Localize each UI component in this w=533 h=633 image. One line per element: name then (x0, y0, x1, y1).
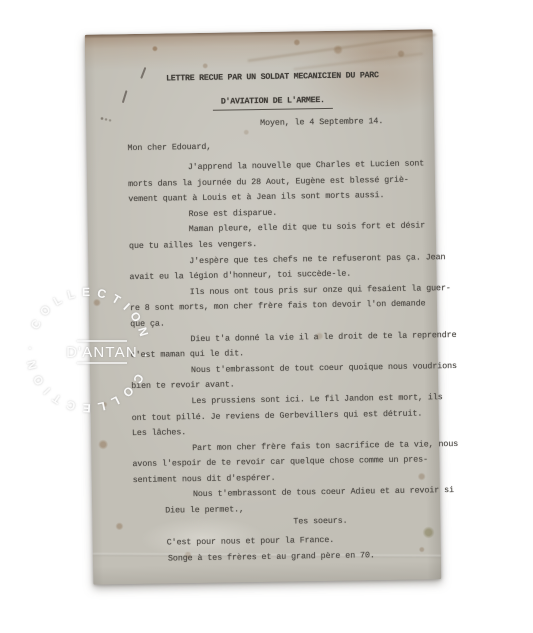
fold-crease (294, 53, 423, 71)
letter-body: J'apprend la nouvelle que Charles et Luc… (128, 156, 434, 567)
letter-dateline: Moyen, le 4 Septembre 14. (260, 116, 383, 128)
letter-salutation: Mon cher Edouard, (127, 142, 211, 153)
letter-header: LETTRE RECUE PAR UN SOLDAT MECANICIEN DU… (98, 69, 447, 112)
photo-scene: LETTRE RECUE PAR UN SOLDAT MECANICIEN DU… (0, 0, 533, 633)
letter-title-line2: D'AVIATION DE L'ARMEE. (213, 95, 333, 110)
fold-crease (248, 34, 436, 62)
letter-paper: LETTRE RECUE PAR UN SOLDAT MECANICIEN DU… (85, 29, 442, 584)
letter-title-line1: LETTRE RECUE PAR UN SOLDAT MECANICIEN DU… (98, 69, 446, 84)
